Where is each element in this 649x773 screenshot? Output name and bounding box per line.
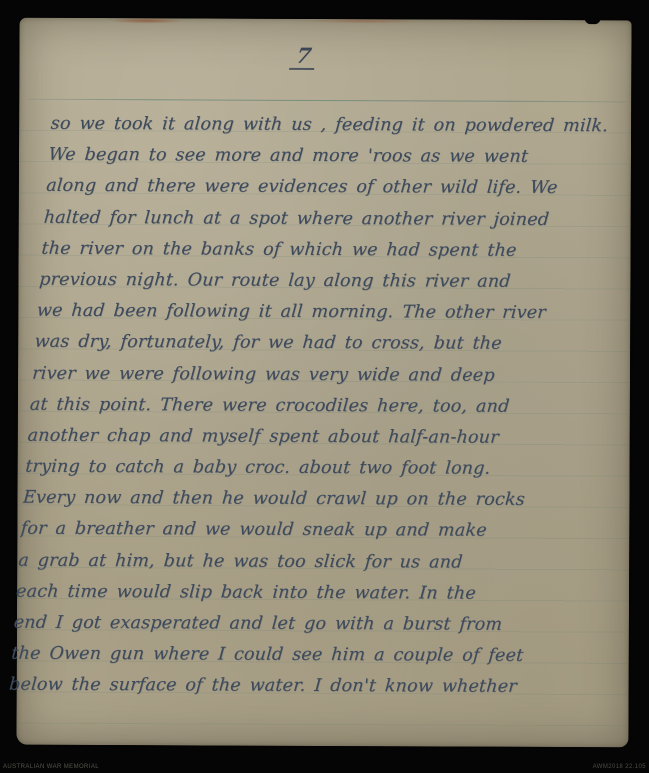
handwritten-line: river we were following was very wide an… (31, 358, 627, 392)
handwritten-line: for a breather and we would sneak up and… (19, 514, 615, 548)
handwritten-line: halted for lunch at a spot where another… (43, 202, 639, 236)
handwritten-line: the Owen gun where I could see him a cou… (10, 639, 606, 673)
handwritten-line: so we took it along with us , feeding it… (50, 109, 646, 143)
handwritten-line: trying to catch a baby croc. about two f… (24, 452, 620, 486)
handwritten-line: each time would slip back into the water… (15, 576, 611, 610)
photo-background: 7 so we took it along with us , feeding … (0, 0, 649, 773)
paper-tear-notch (585, 18, 601, 24)
handwritten-line: along and there were evidences of other … (45, 171, 641, 205)
handwritten-line: previous night. Our route lay along this… (38, 265, 634, 299)
paper-stain (112, 18, 182, 23)
handwritten-line: we had been following it all morning. Th… (36, 296, 632, 330)
handwritten-line: at this point. There were crocodiles her… (29, 389, 625, 423)
letter-page: 7 so we took it along with us , feeding … (16, 18, 631, 748)
handwritten-line: the river on the banks of which we had s… (40, 234, 636, 268)
handwritten-line: end I got exasperated and let go with a … (13, 608, 609, 642)
handwritten-line: a grab at him, but he was too slick for … (17, 545, 613, 579)
handwritten-text: so we took it along with us , feeding it… (8, 109, 646, 704)
ruled-line (27, 99, 626, 103)
handwritten-line: We began to see more and more 'roos as w… (47, 140, 643, 174)
handwritten-line: another chap and myself spent about half… (26, 421, 622, 455)
handwritten-line: below the surface of the water. I don't … (8, 670, 604, 704)
page-number: 7 (289, 43, 319, 70)
watermark-awm: AUSTRALIAN WAR MEMORIAL (3, 764, 99, 770)
paper-stain (310, 19, 420, 23)
handwritten-line: Every now and then he would crawl up on … (22, 483, 618, 517)
watermark-id: AWM2018 22.105 (593, 764, 646, 770)
handwritten-line: was dry, fortunately, for we had to cros… (33, 327, 629, 361)
